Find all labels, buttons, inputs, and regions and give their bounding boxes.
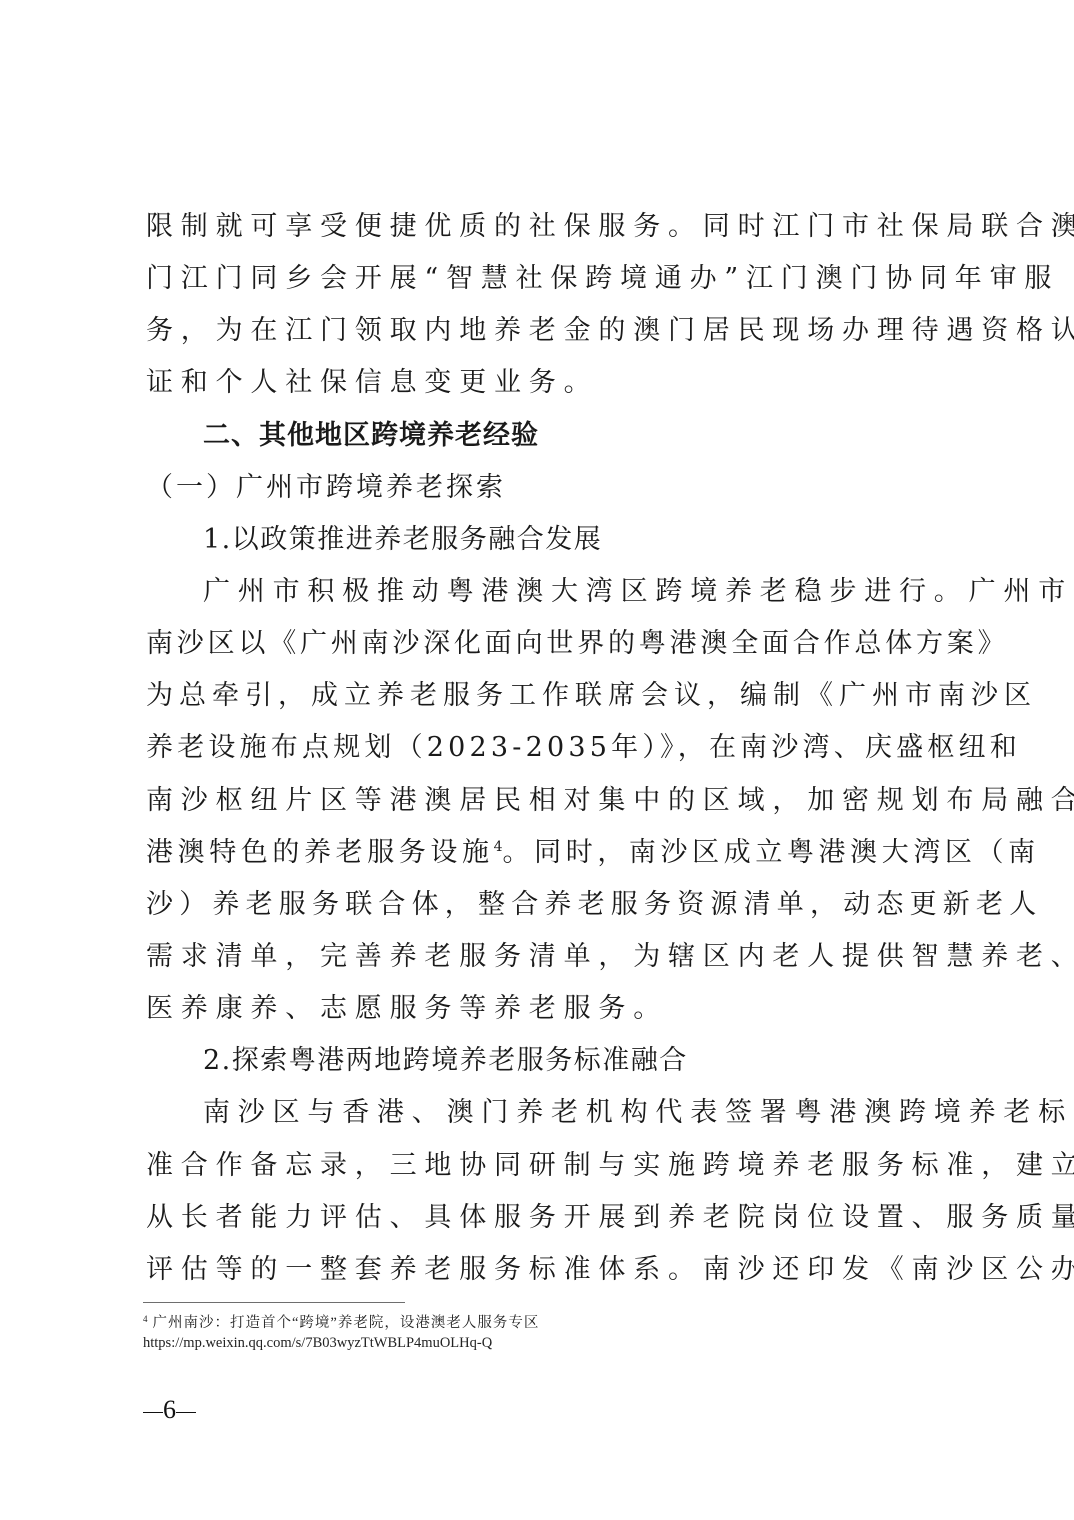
item-heading: 2.探索粤港两地跨境养老服务标准融合: [146, 1035, 932, 1087]
paragraph-line: 沙）养老服务联合体，整合养老服务资源清单，动态更新老人: [146, 879, 932, 931]
dash-left: [143, 1412, 163, 1413]
section-heading: 二、其他地区跨境养老经验: [146, 410, 932, 462]
paragraph-line: 限制就可享受便捷优质的社保服务。同时江门市社保局联合澳: [146, 201, 932, 253]
footnote-title-line: 4广州南沙：打造首个“跨境”养老院，设港澳老人服务专区: [143, 1309, 539, 1333]
paragraph-line: 港澳特色的养老服务设施4。同时，南沙区成立粤港澳大湾区（南: [146, 827, 932, 879]
paragraph-line: 评估等的一整套养老服务标准体系。南沙还印发《南沙区公办: [146, 1244, 932, 1296]
body-text: 限制就可享受便捷优质的社保服务。同时江门市社保局联合澳 门江门同乡会开展“智慧社…: [146, 201, 932, 1296]
paragraph-line: 医养康养、志愿服务等养老服务。: [146, 983, 932, 1035]
page-number-value: 6: [163, 1395, 176, 1424]
footnote-mark: 4: [143, 1314, 148, 1324]
paragraph-line: 南沙区以《广州南沙深化面向世界的粤港澳全面合作总体方案》: [146, 618, 932, 670]
paragraph-line: 务，为在江门领取内地养老金的澳门居民现场办理待遇资格认: [146, 305, 932, 357]
item-heading: 1.以政策推进养老服务融合发展: [146, 514, 932, 566]
line-text: 。同时，南沙区成立粤港澳大湾区（南: [503, 837, 1040, 868]
paragraph-line: 从长者能力评估、具体服务开展到养老院岗位设置、服务质量: [146, 1192, 932, 1244]
paragraph-line: 广州市积极推动粤港澳大湾区跨境养老稳步进行。广州市: [146, 566, 932, 618]
page-number: 6: [143, 1395, 196, 1425]
footnote-divider: [143, 1302, 405, 1303]
paragraph-line: 证和个人社保信息变更业务。: [146, 357, 932, 409]
paragraph-line: 养老设施布点规划（2023-2035年）》，在南沙湾、庆盛枢纽和: [146, 722, 932, 774]
subsection-heading: （一）广州市跨境养老探索: [146, 462, 932, 514]
paragraph-line: 准合作备忘录，三地协同研制与实施跨境养老服务标准，建立: [146, 1140, 932, 1192]
footnote-url[interactable]: https://mp.weixin.qq.com/s/7B03wyzTtWBLP…: [143, 1333, 539, 1353]
footnote-reference[interactable]: 4: [494, 839, 503, 855]
document-page: 限制就可享受便捷优质的社保服务。同时江门市社保局联合澳 门江门同乡会开展“智慧社…: [0, 0, 1074, 1520]
footnote: 4广州南沙：打造首个“跨境”养老院，设港澳老人服务专区 https://mp.w…: [143, 1309, 539, 1353]
paragraph-line: 门江门同乡会开展“智慧社保跨境通办”江门澳门协同年审服: [146, 253, 932, 305]
paragraph-line: 南沙枢纽片区等港澳居民相对集中的区域，加密规划布局融合: [146, 775, 932, 827]
line-text: 港澳特色的养老服务设施: [146, 837, 494, 868]
paragraph-line: 南沙区与香港、澳门养老机构代表签署粤港澳跨境养老标: [146, 1087, 932, 1139]
footnote-title: 广州南沙：打造首个“跨境”养老院，设港澳老人服务专区: [153, 1315, 540, 1331]
paragraph-line: 为总牵引，成立养老服务工作联席会议，编制《广州市南沙区: [146, 670, 932, 722]
paragraph-line: 需求清单，完善养老服务清单，为辖区内老人提供智慧养老、: [146, 931, 932, 983]
dash-right: [176, 1412, 196, 1413]
